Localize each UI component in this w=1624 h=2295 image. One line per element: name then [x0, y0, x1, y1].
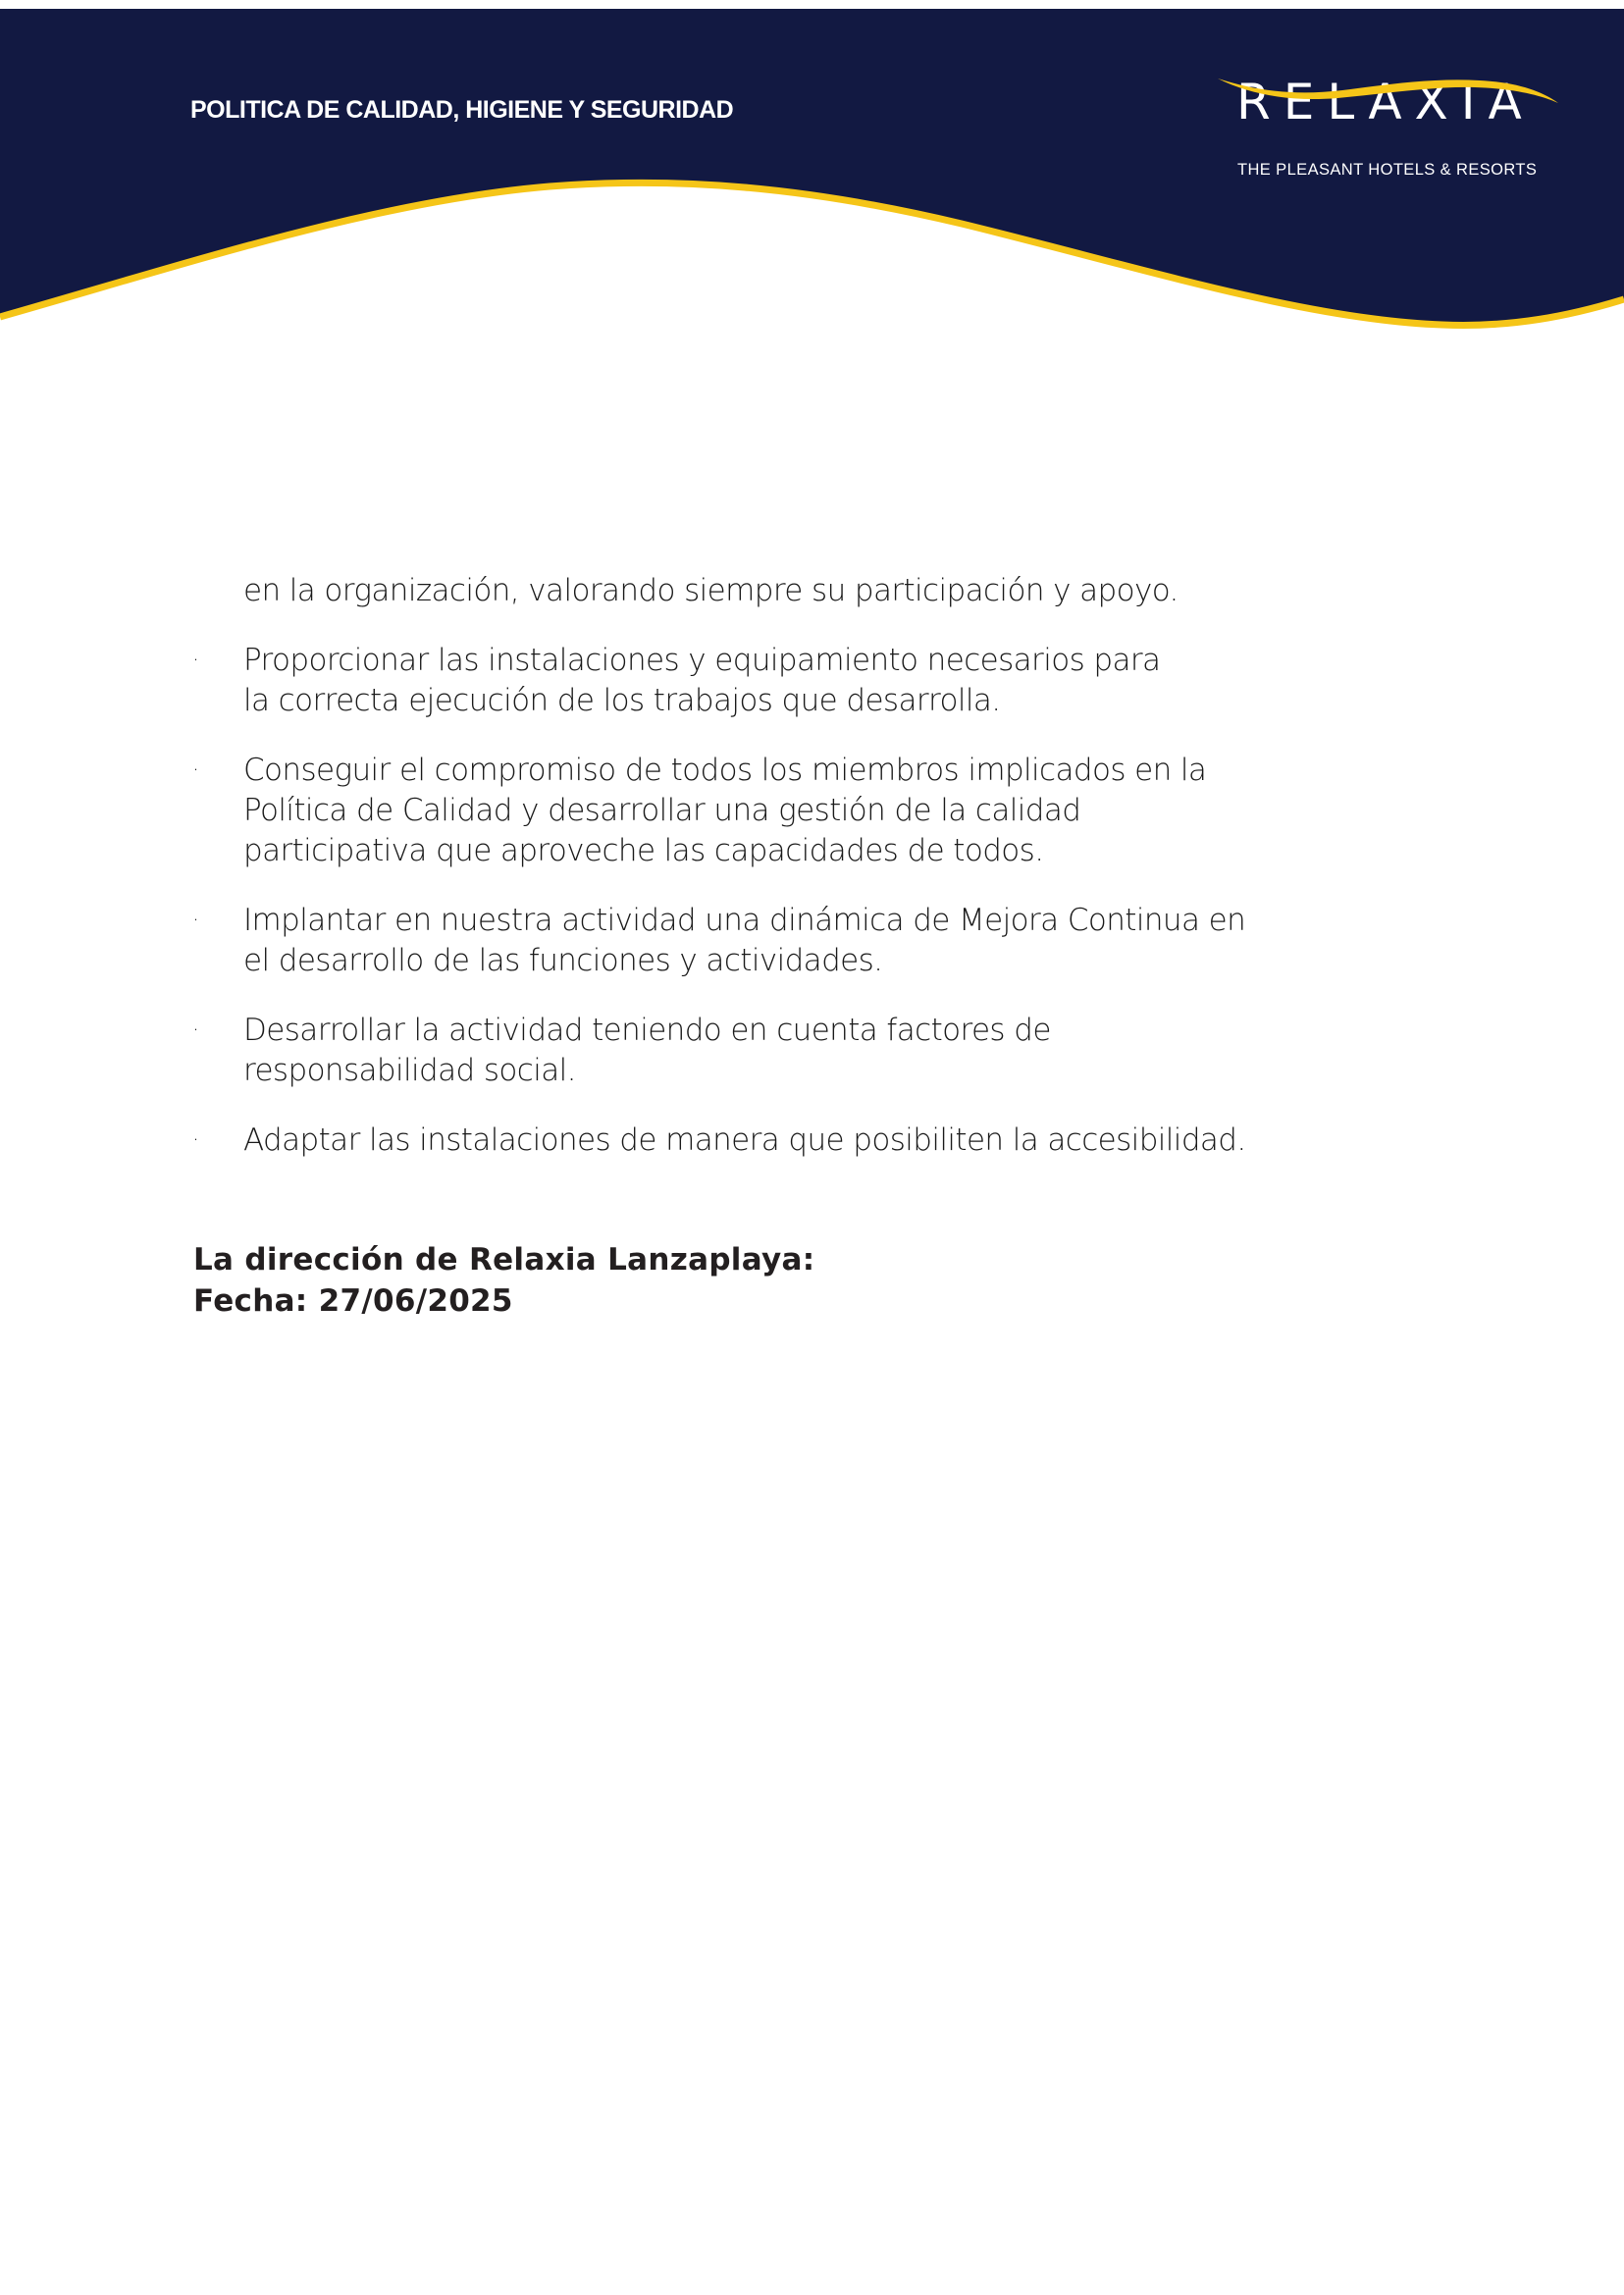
relaxia-logo: RELAXIA THE PLEASANT HOTELS & RESORTS [1215, 73, 1568, 190]
bullet-icon: · [192, 901, 198, 941]
document-title: POLITICA DE CALIDAD, HIGIENE Y SEGURIDAD [190, 96, 733, 125]
continuation-text: en la organización, valorando siempre su… [243, 573, 1179, 608]
list-item: ·Implantar en nuestra actividad una diná… [192, 901, 1429, 981]
list-item: ·Proporcionar las instalaciones y equipa… [192, 641, 1429, 721]
list-item-text: Proporcionar las instalaciones y equipam… [243, 643, 1160, 718]
list-item: ·Conseguir el compromiso de todos los mi… [192, 751, 1429, 871]
bullet-icon: · [192, 1121, 198, 1161]
list-item-text: Desarrollar la actividad teniendo en cue… [243, 1013, 1051, 1088]
page-header: POLITICA DE CALIDAD, HIGIENE Y SEGURIDAD… [0, 0, 1624, 353]
list-item: ·Adaptar las instalaciones de manera que… [192, 1121, 1429, 1161]
signature-block: La dirección de Relaxia Lanzaplaya: Fech… [193, 1239, 814, 1322]
bullet-icon: · [192, 1011, 198, 1051]
policy-body: en la organización, valorando siempre su… [192, 571, 1429, 1190]
bullet-icon: · [192, 751, 198, 791]
list-item-text: Conseguir el compromiso de todos los mie… [243, 753, 1206, 868]
signature-date: Fecha: 27/06/2025 [193, 1280, 814, 1322]
signature-management: La dirección de Relaxia Lanzaplaya: [193, 1239, 814, 1280]
list-item: ·Desarrollar la actividad teniendo en cu… [192, 1011, 1429, 1091]
logo-swoosh-icon [1215, 73, 1568, 112]
list-item-text: Adaptar las instalaciones de manera que … [243, 1122, 1246, 1158]
bullet-icon: · [192, 641, 198, 681]
logo-tagline: THE PLEASANT HOTELS & RESORTS [1237, 161, 1537, 180]
list-item-text: Implantar en nuestra actividad una dinám… [243, 903, 1245, 978]
continuation-paragraph: en la organización, valorando siempre su… [192, 571, 1429, 611]
